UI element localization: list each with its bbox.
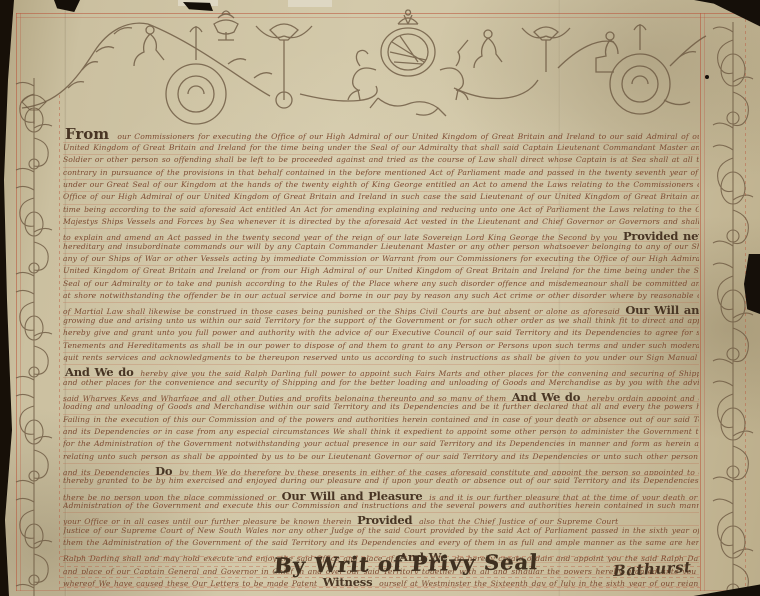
blackletter-phrase: Provided nevertheless xyxy=(621,229,699,241)
manuscript-line: growing due and arising unto us within o… xyxy=(63,316,699,328)
manuscript-text: to explain and amend an Act passed in th… xyxy=(63,233,621,241)
manuscript-line: under our Great Seal of our Kingdom at t… xyxy=(63,180,699,192)
manuscript-text: and its Dependencies or in case from any… xyxy=(63,427,699,436)
manuscript-line: to explain and amend an Act passed in th… xyxy=(63,229,699,241)
manuscript-text: by them We do therefore by these present… xyxy=(179,468,699,476)
manuscript-text: Soldier or other person so offending sha… xyxy=(63,155,699,164)
manuscript-text: United Kingdom of Great Britain and Irel… xyxy=(63,266,699,275)
manuscript-line: United Kingdom of Great Britain and Irel… xyxy=(63,143,699,155)
manuscript-line: Soldier or other person so offending sha… xyxy=(63,155,699,167)
manuscript-line: Failing in the execution of this our Com… xyxy=(63,415,699,427)
manuscript-text: said Wharves Keys and Wharfage and all o… xyxy=(63,394,510,402)
manuscript-line: your Office or in all cases until our fu… xyxy=(63,513,699,525)
blackletter-phrase: From xyxy=(63,127,117,143)
manuscript-text: under our Great Seal of our Kingdom at t… xyxy=(63,180,699,189)
manuscript-line: of Martial Law shall likewise be constru… xyxy=(63,303,699,315)
manuscript-text: for the Administration of the Government… xyxy=(63,439,699,448)
manuscript-text: thereby granted to be by him exercised a… xyxy=(63,476,699,485)
manuscript-text: whereof We have caused these Our Letters… xyxy=(63,579,321,587)
manuscript-line: Office of our High Admiral of our United… xyxy=(63,192,699,204)
manuscript-text: ourself at Westminster the Sixteenth day… xyxy=(379,579,698,587)
manuscript-line: any of our Ships of War or other Vessels… xyxy=(63,254,699,266)
manuscript-text: of Martial Law shall likewise be constru… xyxy=(63,307,623,315)
manuscript-line: them the Administration of the Governmen… xyxy=(63,538,699,550)
blackletter-phrase: And We do xyxy=(63,365,140,377)
blackletter-phrase: Our Will and Pleasure xyxy=(280,489,430,501)
manuscript-text: Failing in the execution of this our Com… xyxy=(63,415,699,424)
manuscript-line: at shore notwithstanding the offender be… xyxy=(63,291,699,303)
manuscript-line: said Wharves Keys and Wharfage and all o… xyxy=(63,390,699,402)
privy-seal-writ: By Writ of Privy Seal xyxy=(273,549,539,578)
manuscript-text: our Commissioners for executing the Offi… xyxy=(117,132,699,141)
manuscript-text: Administration of the Government and exe… xyxy=(63,501,699,510)
manuscript-text: them the Administration of the Governmen… xyxy=(63,538,699,547)
manuscript-text: hereby give you the said Ralph Darling f… xyxy=(140,369,699,377)
manuscript-text: loading and unloading of Goods and Merch… xyxy=(63,402,699,411)
manuscript-line: thereby granted to be by him exercised a… xyxy=(63,476,699,488)
manuscript-text: Seal of our Admiralty or to take and pun… xyxy=(63,279,699,288)
manuscript-line: and its Dependencies Do by them We do th… xyxy=(63,464,699,476)
manuscript-text: also that the Chief Justice of our Supre… xyxy=(419,517,618,525)
manuscript-text: hereditary and insubordinate commands ou… xyxy=(63,242,699,251)
manuscript-line: Majestys Ships Vessels and Forces by Sea… xyxy=(63,217,699,229)
manuscript-text-block: From our Commissioners for executing the… xyxy=(63,127,699,587)
manuscript-text: time being according to the said aforesa… xyxy=(63,205,699,214)
manuscript-line: time being according to the said aforesa… xyxy=(63,205,699,217)
manuscript-line: Seal of our Admiralty or to take and pun… xyxy=(63,279,699,291)
manuscript-text: United Kingdom of Great Britain and Irel… xyxy=(63,143,699,152)
manuscript-text: and its Dependencies xyxy=(63,468,153,476)
manuscript-line: whereof We have caused these Our Letters… xyxy=(63,575,699,587)
manuscript-text: Majestys Ships Vessels and Forces by Sea… xyxy=(63,217,699,226)
manuscript-line: hereditary and insubordinate commands ou… xyxy=(63,242,699,254)
manuscript-text: hereby give and grant unto you full powe… xyxy=(63,328,699,337)
manuscript-text: is and it is our further pleasure that a… xyxy=(429,493,699,501)
manuscript-line: hereby give and grant unto you full powe… xyxy=(63,328,699,340)
manuscript-line: Tenements and Hereditaments as shall be … xyxy=(63,341,699,353)
manuscript-text: relating unto such person as shall be ap… xyxy=(63,452,699,461)
blackletter-phrase: Our Will and Pleasure xyxy=(623,303,699,315)
manuscript-text: at shore notwithstanding the offender be… xyxy=(63,291,699,300)
manuscript-text: quit rents services and acknowledgments … xyxy=(63,353,699,362)
manuscript-text: Tenements and Hereditaments as shall be … xyxy=(63,341,699,350)
manuscript-line: for the Administration of the Government… xyxy=(63,439,699,451)
dark-speck xyxy=(705,75,709,79)
manuscript-text: growing due and arising unto us within o… xyxy=(63,316,699,325)
photo-background: From our Commissioners for executing the… xyxy=(0,0,760,596)
manuscript-line: Justice of our Supreme Court of New Sout… xyxy=(63,526,699,538)
red-rule-left-column xyxy=(59,95,60,591)
blackletter-phrase: And We do xyxy=(510,390,587,402)
blackletter-phrase: Provided xyxy=(355,513,419,525)
manuscript-line: and other places for the convenience and… xyxy=(63,378,699,390)
manuscript-line: United Kingdom of Great Britain and Irel… xyxy=(63,266,699,278)
blackletter-phrase: Do xyxy=(153,464,179,476)
left-border-ornament xyxy=(8,78,58,596)
manuscript-text: hereby ordain appoint and command that t… xyxy=(587,394,699,402)
top-ornament-scrollwork xyxy=(18,8,708,124)
manuscript-text: and other places for the convenience and… xyxy=(63,378,699,387)
manuscript-line: loading and unloading of Goods and Merch… xyxy=(63,402,699,414)
manuscript-line: relating unto such person as shall be ap… xyxy=(63,452,699,464)
manuscript-line: From our Commissioners for executing the… xyxy=(63,127,699,143)
manuscript-line: there be no person upon the place commis… xyxy=(63,489,699,501)
manuscript-line: contrary in pursuance of the provisions … xyxy=(63,168,699,180)
red-rule-bottom xyxy=(16,590,746,591)
manuscript-line: quit rents services and acknowledgments … xyxy=(63,353,699,365)
manuscript-line: Administration of the Government and exe… xyxy=(63,501,699,513)
manuscript-text: any of our Ships of War or other Vessels… xyxy=(63,254,699,263)
manuscript-line: And We do hereby give you the said Ralph… xyxy=(63,365,699,377)
light-tab-top-2 xyxy=(288,0,332,7)
manuscript-text: Justice of our Supreme Court of New Sout… xyxy=(63,526,699,535)
manuscript-text: contrary in pursuance of the provisions … xyxy=(63,168,699,177)
manuscript-text: there be no person upon the place commis… xyxy=(63,493,280,501)
manuscript-text: your Office or in all cases until our fu… xyxy=(63,517,355,525)
manuscript-line: and its Dependencies or in case from any… xyxy=(63,427,699,439)
manuscript-text: Office of our High Admiral of our United… xyxy=(63,192,699,201)
